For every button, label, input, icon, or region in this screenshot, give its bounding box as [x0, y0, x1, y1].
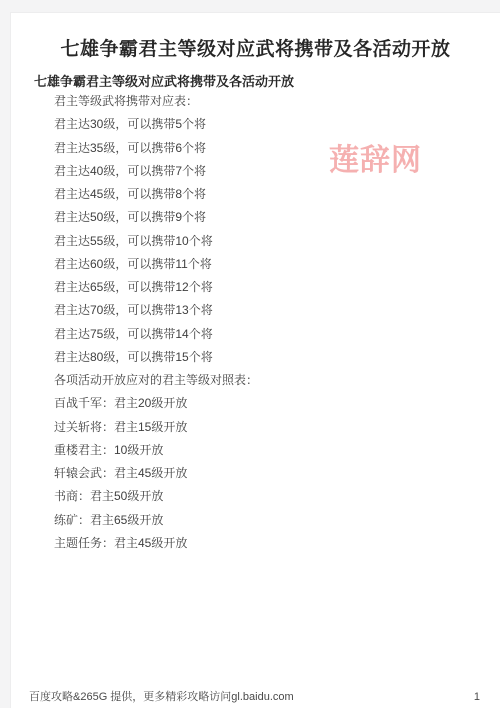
activity-table-intro: 各项活动开放应对的君主等级对照表： [54, 368, 484, 391]
carry-table-row: 君主达80级，可以携带15个将 [54, 345, 484, 368]
carry-table-row: 君主达45级，可以携带8个将 [54, 182, 484, 205]
activity-table-row: 过关斩将：君主15级开放 [54, 415, 484, 438]
activity-table-row: 百战千军：君主20级开放 [54, 391, 484, 414]
carry-table-row: 君主达50级，可以携带9个将 [54, 205, 484, 228]
page-footer: 百度攻略&265G 提供，更多精彩攻略访问gl.baidu.com 1 [29, 688, 480, 704]
carry-table-row: 君主达75级，可以携带14个将 [54, 322, 484, 345]
carry-table-row: 君主达30级，可以携带5个将 [54, 112, 484, 135]
carry-table-intro: 君主等级武将携带对应表： [54, 89, 484, 112]
activity-table-row: 轩辕会武：君主45级开放 [54, 461, 484, 484]
carry-table-row: 君主达65级，可以携带12个将 [54, 275, 484, 298]
carry-table-row: 君主达70级，可以携带13个将 [54, 298, 484, 321]
activity-table-row: 练矿：君主65级开放 [54, 508, 484, 531]
document-page: 七雄争霸君主等级对应武将携带及各活动开放 七雄争霸君主等级对应武将携带及各活动开… [10, 12, 500, 708]
activity-table-row: 书商：君主50级开放 [54, 484, 484, 507]
carry-table-row: 君主达55级，可以携带10个将 [54, 229, 484, 252]
section-heading: 七雄争霸君主等级对应武将携带及各活动开放 [34, 73, 294, 90]
activity-table-row: 主题任务：君主45级开放 [54, 531, 484, 554]
document-viewer-canvas: 七雄争霸君主等级对应武将携带及各活动开放 七雄争霸君主等级对应武将携带及各活动开… [0, 0, 500, 708]
page-number: 1 [474, 691, 480, 703]
footer-provider-text: 百度攻略&265G 提供，更多精彩攻略访问gl.baidu.com [29, 688, 294, 704]
activity-table-row: 重楼君主：10级开放 [54, 438, 484, 461]
watermark-logo: 莲辞网 [329, 143, 422, 179]
carry-table-row: 君主达60级，可以携带11个将 [54, 252, 484, 275]
document-title: 七雄争霸君主等级对应武将携带及各活动开放 [11, 38, 500, 62]
